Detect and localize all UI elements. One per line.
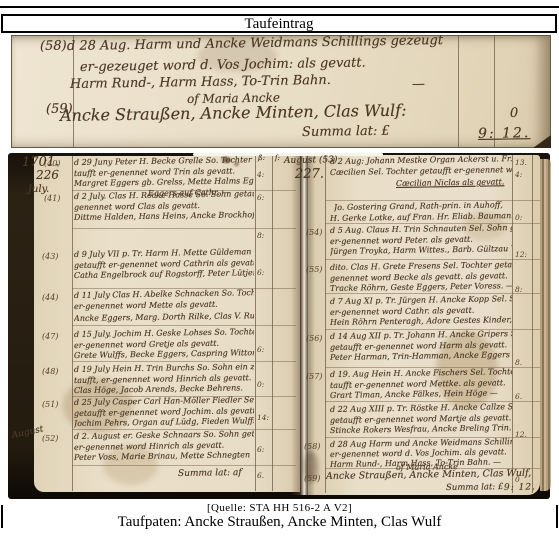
fee-value: 6: (257, 193, 264, 202)
entry-line: Cæcilian Niclas als gevatt. (396, 177, 505, 188)
fee-value: 0: (257, 380, 264, 389)
entry-line: er-genennet word Gretje als gevatt. (74, 338, 219, 349)
ruled-line (72, 156, 73, 491)
entry-number: (40) (44, 159, 60, 168)
page-edges (540, 159, 551, 491)
entry-number: (48) (42, 367, 58, 376)
handwriting-line: Summa lat: £ (302, 124, 390, 140)
title-box: Taufeintrag (1, 14, 557, 33)
entry-number: (47) (42, 332, 58, 341)
fee-value: 12. (515, 430, 527, 439)
fee-value: 8: (515, 285, 522, 294)
fee-value: 0: (515, 213, 522, 222)
entry-number: (44) (42, 293, 58, 302)
handwriting-dash: — (412, 77, 425, 92)
entry-number: (52) (42, 434, 58, 443)
archive-page: Taufeintrag (58) (59) d 28 Aug. Harm und… (0, 0, 559, 544)
entry-number: (59) (304, 474, 320, 483)
ruled-line (72, 228, 296, 229)
page-sum-label: Summa lat: af (178, 468, 242, 479)
source-caption: [Quelle: STA HH 516-2 A V2] (0, 502, 559, 514)
fee-value: 6: (257, 445, 264, 454)
entry-line: er-genennet word Hinrich als gevatt. (74, 440, 224, 451)
entry-number: (55) (306, 265, 322, 274)
fee-value: 6. (515, 392, 522, 401)
entry-line: er-genennet word Mette als gevatt. (74, 299, 218, 310)
page-sum-total: 9: 12. (504, 482, 536, 493)
page-number-right: 227. (295, 167, 324, 182)
page-curl-shadow (533, 135, 551, 148)
ruled-line (325, 155, 326, 493)
entry-line: er-genennet word Peter. als gevatt. (330, 234, 473, 245)
page-sum-label: Summa lat: £ (446, 482, 504, 493)
column-total: 0 (510, 106, 519, 121)
fee-value: 14: (257, 413, 269, 422)
ruled-line (532, 155, 533, 493)
entry-line: genennet word Clas als gevatt. (74, 201, 200, 212)
fee-value: 6: (257, 345, 264, 354)
entry-number: (57) (306, 372, 322, 381)
fee-value: 6: (257, 268, 264, 277)
page-number-left: 226 (36, 168, 59, 182)
ruled-line (72, 465, 296, 466)
fee-value: 8. (515, 358, 522, 367)
ruled-line (72, 361, 296, 362)
ruled-line (458, 36, 459, 147)
detail-scan-image: (58) (59) d 28 Aug. Harm und Ancke Weidm… (11, 35, 551, 148)
register-book-photo: 1701. 226 July. August ß: ſ: (40) d 29 J… (8, 153, 550, 499)
entry-line: er-genennet word Cathr. als gevatt. (330, 305, 474, 316)
ruled-line (512, 155, 513, 493)
top-divider (0, 6, 559, 8)
handwriting-line: Ancke Straußen, Ancke Minten, Clas Wulf: (60, 101, 407, 125)
entry-number: (43) (42, 252, 58, 261)
entry-number: (58) (40, 39, 67, 54)
handwriting-line: d 28 Aug. Harm und Ancke Weidmans Schill… (67, 33, 443, 54)
ruled-line (72, 325, 296, 326)
entry-number: (51) (42, 400, 58, 409)
entry-number: (58) (304, 442, 320, 451)
column-header: ſ: (275, 154, 280, 162)
fee-value: 0 (515, 475, 520, 484)
handwriting-line: Harm Rund-, Harm Hass, To-Trin Bahn. (70, 73, 331, 92)
entry-number: (56) (306, 334, 322, 343)
entry-number: (54) (306, 228, 322, 237)
godparents-caption: Taufpaten: Ancke Straußen, Ancke Minten,… (0, 514, 559, 531)
entry-number: (41) (44, 194, 60, 203)
sum-total: 9: 12. (478, 125, 531, 142)
fee-value: 4: (257, 170, 264, 179)
column-header: ß: (258, 154, 265, 162)
fee-value: 8: (257, 231, 264, 240)
entry-line: taufft er-genennet word Trin als gevatt. (74, 166, 235, 178)
fee-value: 13. (515, 158, 527, 167)
ruled-line (272, 156, 273, 491)
fee-value: 12: (515, 250, 527, 259)
page-title: Taufeintrag (245, 16, 314, 32)
fee-value: 4: (515, 170, 522, 179)
fee-value: 6. (257, 471, 264, 480)
ruled-line (255, 156, 256, 491)
